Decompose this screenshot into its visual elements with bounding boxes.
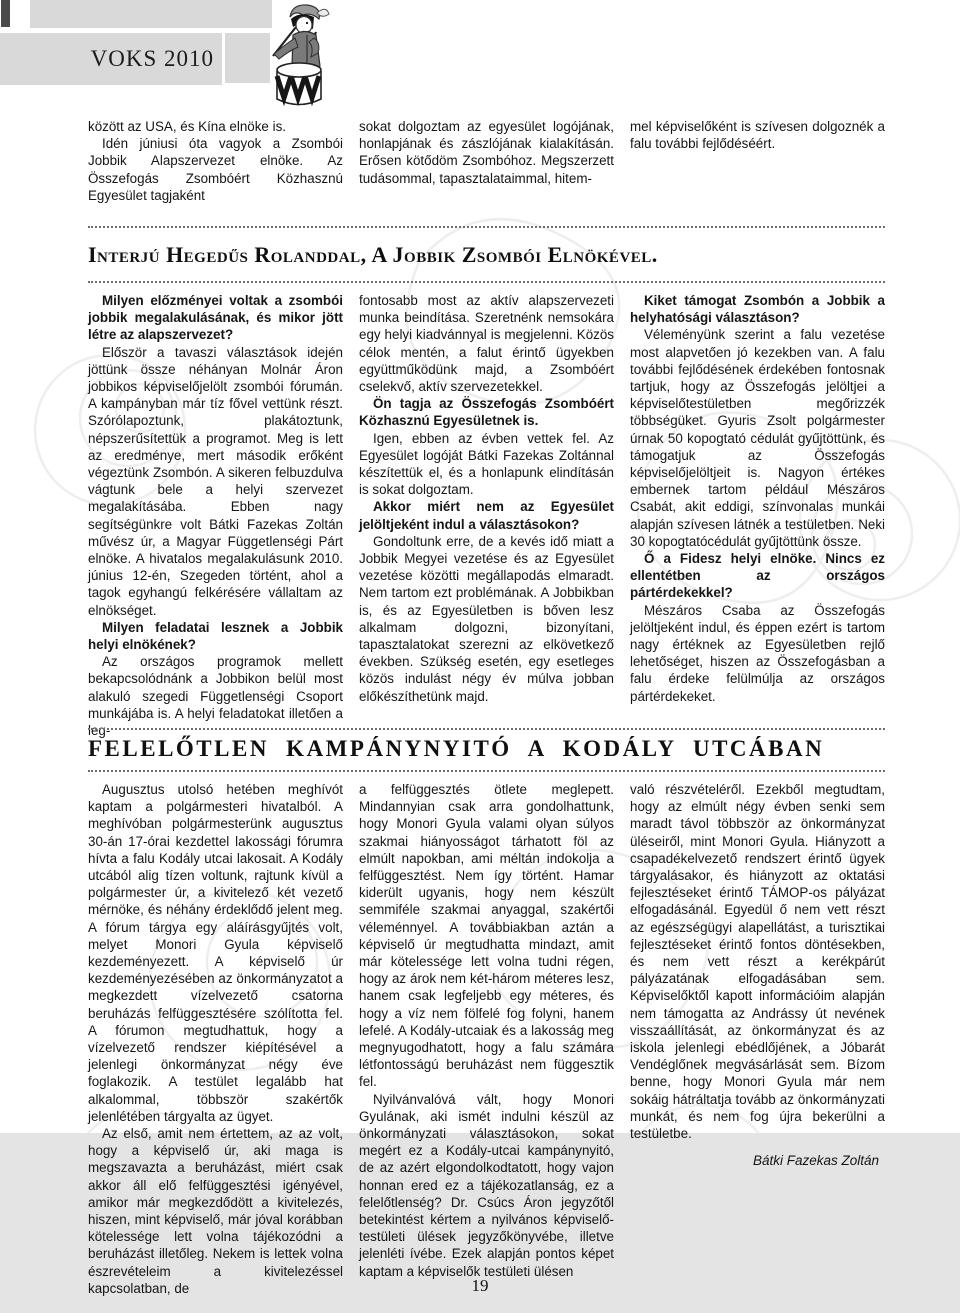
interview-column-1: Milyen előzményei voltak a zsombói jobbi… <box>88 292 343 739</box>
interview-question: Ön tagja az Összefogás Zsombóért Közhasz… <box>359 395 614 429</box>
campaign-column-2: a felfüggesztés ötlete meglepett. Mindan… <box>359 781 614 1297</box>
interview-question: Akkor miért nem az Egyesület jelöltjekén… <box>359 498 614 532</box>
campaign-heading: FELELŐTLEN KAMPÁNYNYITÓ A KODÁLY UTCÁBAN <box>88 736 824 761</box>
article-byline: Bátki Fazekas Zoltán <box>630 1152 885 1169</box>
interview-answer: fontosabb most az aktív alapszervezeti m… <box>359 292 614 395</box>
interview-answer: Igen, ebben az évben vettek fel. Az Egye… <box>359 430 614 499</box>
masthead-title-band: VOKS 2010 <box>0 33 222 85</box>
interview-answer: Gondoltunk erre, de a kevés idő miatt a … <box>359 533 614 705</box>
top-column-3: mel képviselőként is szívesen dolgoznék … <box>630 118 885 204</box>
interview-column-2: fontosabb most az aktív alapszervezeti m… <box>359 292 614 739</box>
campaign-section: Augusztus utolsó hetében meghívót kaptam… <box>88 781 885 1297</box>
campaign-heading-row: FELELŐTLEN KAMPÁNYNYITÓ A KODÁLY UTCÁBAN <box>88 736 885 762</box>
interview-answer: Először a tavaszi választások idején jöt… <box>88 344 343 619</box>
paragraph: sokat dolgoztam az egyesület logójának, … <box>359 118 614 187</box>
top-continuation-section: között az USA, és Kína elnöke is. Idén j… <box>88 118 885 204</box>
interview-column-3: Kiket támogat Zsombón a Jobbik a helyhat… <box>630 292 885 739</box>
interview-question: Milyen előzményei voltak a zsombói jobbi… <box>88 292 343 344</box>
masthead-title: VOKS 2010 <box>91 46 222 72</box>
paragraph: való részvételéről. Ezekből megtudtam, h… <box>630 781 885 1142</box>
interview-question: Milyen feladatai lesznek a Jobbik helyi … <box>88 619 343 653</box>
paragraph: között az USA, és Kína elnöke is. <box>88 118 343 135</box>
page-number: 19 <box>0 1276 960 1296</box>
dotted-divider <box>88 728 885 730</box>
paragraph: Az első, amit nem értettem, az az volt, … <box>88 1125 343 1297</box>
dotted-divider <box>88 281 885 283</box>
campaign-column-3: való részvételéről. Ezekből megtudtam, h… <box>630 781 885 1297</box>
masthead-top-band <box>30 0 272 28</box>
interview-question: Kiket támogat Zsombón a Jobbik a helyhat… <box>630 292 885 326</box>
paragraph: mel képviselőként is szívesen dolgoznék … <box>630 118 885 152</box>
paragraph: a felfüggesztés ötlete meglepett. Mindan… <box>359 781 614 1091</box>
dotted-divider <box>88 226 885 228</box>
interview-question: Ő a Fidesz helyi elnöke. Nincs ez ellent… <box>630 550 885 602</box>
paragraph: Augusztus utolsó hetében meghívót kaptam… <box>88 781 343 1125</box>
paragraph: Nyilvánvalóvá vált, hogy Monori Gyulának… <box>359 1091 614 1280</box>
masthead-dark-block <box>1 0 10 27</box>
top-column-2: sokat dolgoztam az egyesület logójának, … <box>359 118 614 204</box>
drummer-boy-illustration <box>263 2 337 114</box>
interview-answer: Az országos programok mellett bekapcsoló… <box>88 653 343 739</box>
interview-heading-row: Interjú Hegedűs Rolanddal, A Jobbik Zsom… <box>88 242 885 268</box>
paragraph: Idén júniusi óta vagyok a Zsombói Jobbik… <box>88 135 343 204</box>
interview-section: Milyen előzményei voltak a zsombói jobbi… <box>88 292 885 739</box>
interview-answer: Mészáros Csaba az Összefogás jelöltjekén… <box>630 602 885 705</box>
top-column-1: között az USA, és Kína elnöke is. Idén j… <box>88 118 343 204</box>
campaign-column-1: Augusztus utolsó hetében meghívót kaptam… <box>88 781 343 1297</box>
dotted-divider <box>88 770 885 772</box>
newspaper-page: VOKS 2010 között az USA, és Kína elnöke … <box>0 0 960 1313</box>
interview-answer: Véleményünk szerint a falu vezetése most… <box>630 326 885 550</box>
interview-heading: Interjú Hegedűs Rolanddal, A Jobbik Zsom… <box>88 242 658 267</box>
